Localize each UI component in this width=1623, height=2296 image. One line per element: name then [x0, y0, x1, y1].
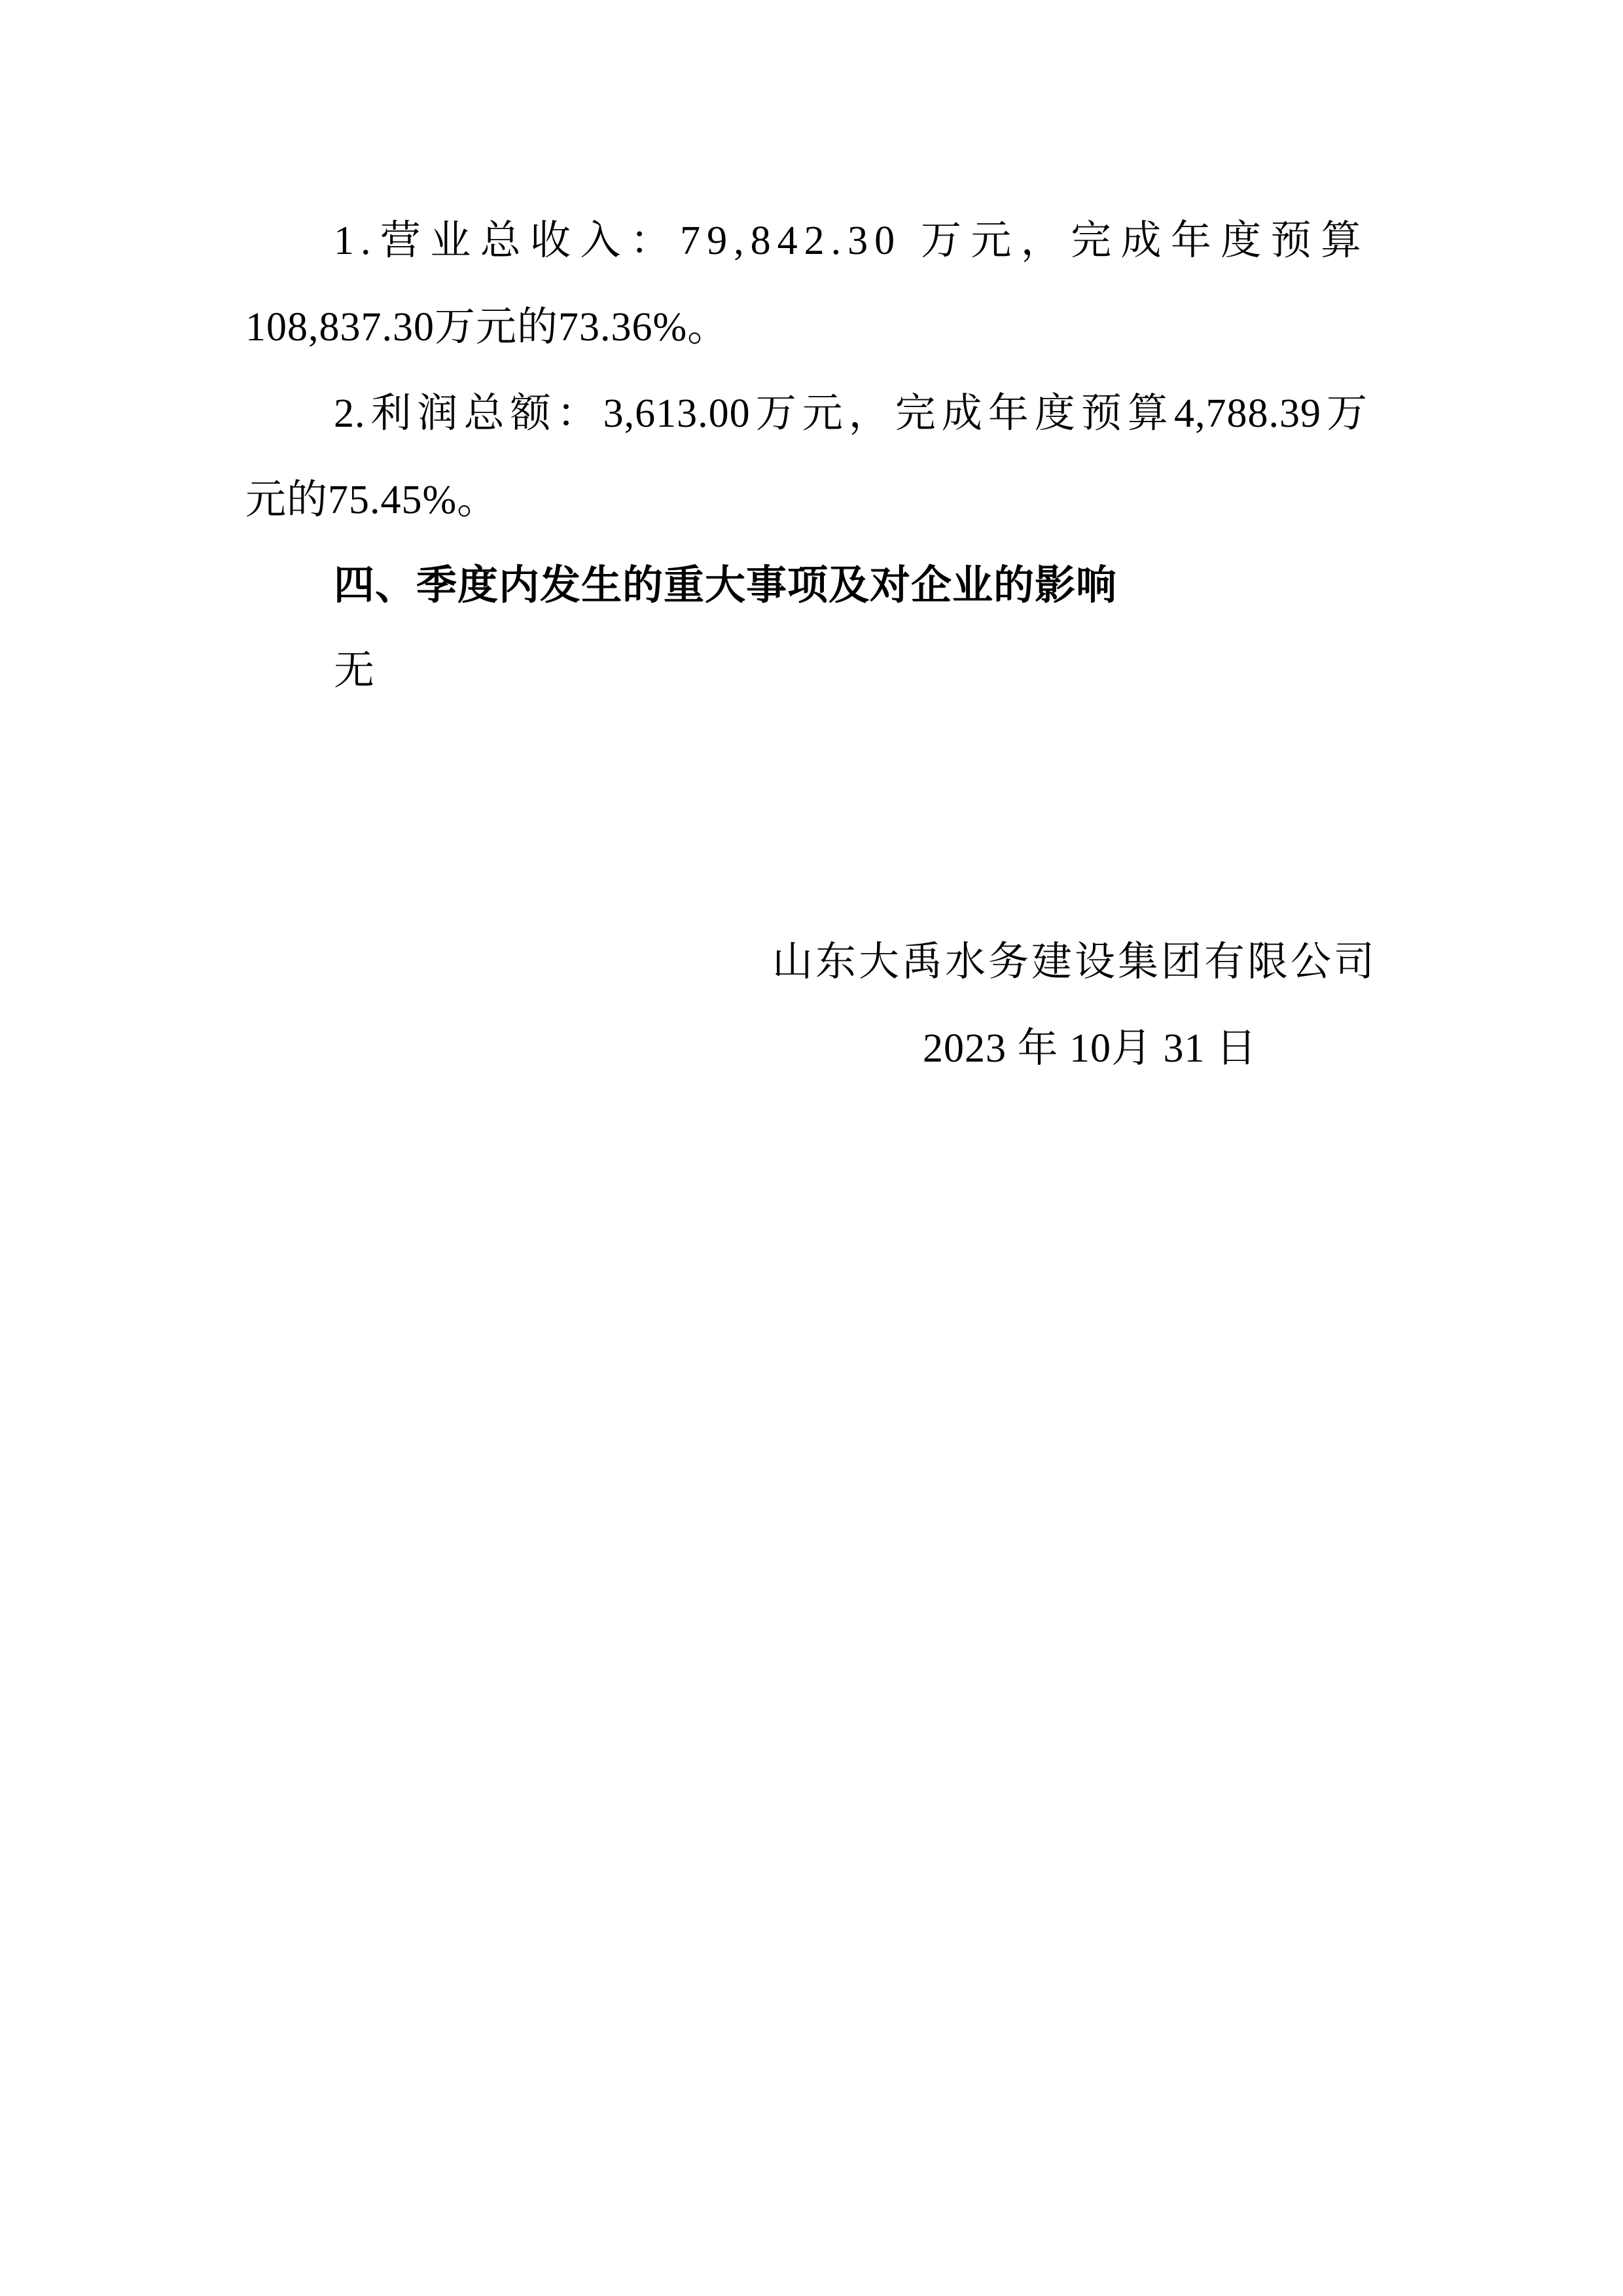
document-page: 1.营业总收入：79,842.30 万元，完成年度预算 108,837.30万元… — [0, 0, 1623, 2296]
signature-date: 2023 年 10月 31 日 — [923, 1022, 1257, 1075]
signature-organization: 山东大禹水务建设集团有限公司 — [772, 936, 1377, 988]
profit-line-2: 元的75.45%。 — [245, 474, 498, 526]
revenue-line-1: 1.营业总收入：79,842.30 万元，完成年度预算 — [334, 215, 1368, 267]
revenue-line-2: 108,837.30万元的73.36%。 — [245, 301, 728, 353]
section-heading: 四、季度内发生的重大事项及对企业的影响 — [334, 559, 1117, 611]
section-body: 无 — [334, 645, 375, 697]
profit-line-1: 2.利润总额：3,613.00万元，完成年度预算4,788.39万 — [334, 387, 1368, 440]
